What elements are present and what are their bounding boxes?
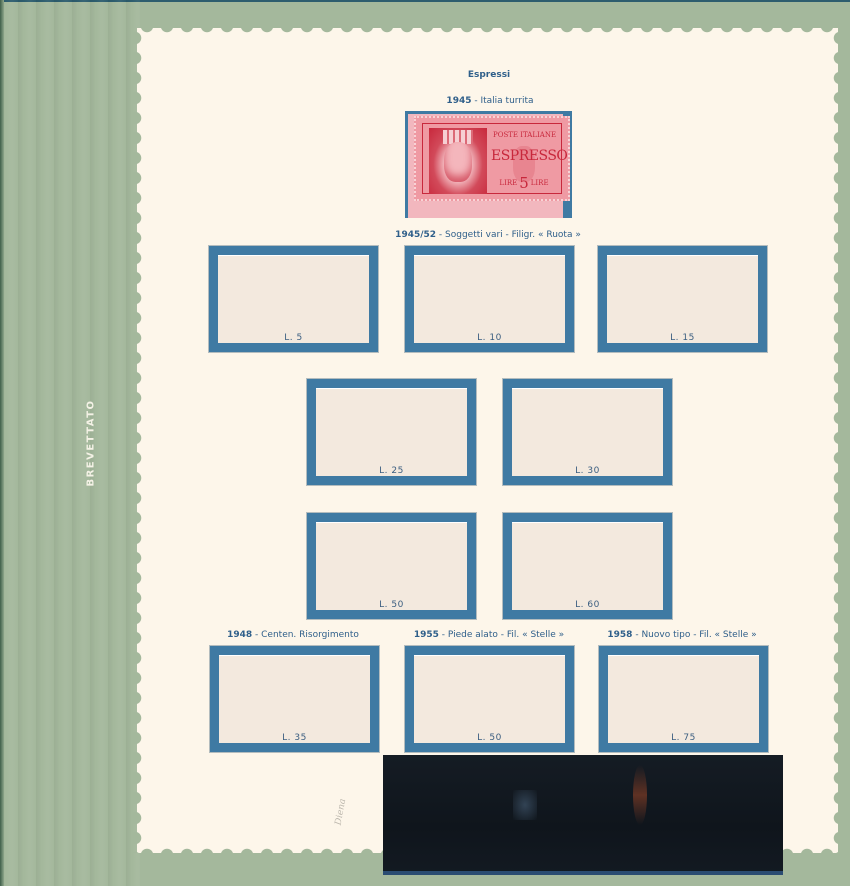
mount-value-label: L. 15	[598, 333, 767, 343]
italia-turrita-portrait-icon	[429, 128, 487, 194]
stamp-mount[interactable]: L. 30	[503, 379, 672, 485]
stamp-frame: POSTE ITALIANE ESPRESSO LIRE5LIRE	[422, 123, 562, 194]
stamp-value: 5	[519, 174, 529, 192]
currency-right: LIRE	[531, 179, 549, 187]
section-description: - Nuovo tipo - Fil. « Stelle »	[635, 630, 756, 640]
section-heading-1948: 1948 - Centen. Risorgimento	[227, 630, 359, 640]
section-description: - Piede alato - Fil. « Stelle »	[442, 630, 564, 640]
stamp-type: ESPRESSO	[491, 148, 557, 164]
mount-window	[218, 255, 369, 343]
mount-value-label: L. 10	[405, 333, 574, 343]
mount-window	[608, 655, 759, 743]
section-description: - Italia turrita	[474, 96, 533, 106]
section-year: 1958	[607, 630, 632, 640]
stamp-mount[interactable]: L. 75	[599, 646, 768, 752]
face-icon	[444, 142, 472, 182]
stamp-mount[interactable]: L. 35	[210, 646, 379, 752]
perforation-left	[133, 28, 145, 853]
section-year: 1955	[414, 630, 439, 640]
section-heading-1955: 1955 - Piede alato - Fil. « Stelle »	[414, 630, 564, 640]
section-year: 1945/52	[395, 230, 436, 240]
section-heading-1945-52: 1945/52 - Soggetti vari - Filigr. « Ruot…	[395, 230, 581, 240]
mount-value-label: L. 50	[307, 600, 476, 610]
perforation-top	[137, 24, 838, 36]
protective-strip	[383, 755, 783, 875]
section-year: 1945	[446, 96, 471, 106]
stamp-espresso-5-lire[interactable]: POSTE ITALIANE ESPRESSO LIRE5LIRE	[414, 116, 570, 201]
section-description: - Centen. Risorgimento	[255, 630, 359, 640]
mount-value-label: L. 5	[209, 333, 378, 343]
mount-window	[512, 388, 663, 476]
section-heading-1945: 1945 - Italia turrita	[446, 96, 533, 106]
stamp-mount[interactable]: L. 5	[209, 246, 378, 352]
mount-window	[316, 388, 467, 476]
mount-value-label: L. 75	[599, 733, 768, 743]
binding-edge	[0, 0, 4, 886]
currency-left: LIRE	[499, 179, 517, 187]
stamp-mount[interactable]: L. 50	[405, 646, 574, 752]
stamp-issuer: POSTE ITALIANE	[493, 131, 555, 139]
mount-value-label: L. 30	[503, 466, 672, 476]
perforation-right	[830, 28, 842, 853]
stamp-mount[interactable]: L. 50	[307, 513, 476, 619]
mount-window	[414, 655, 565, 743]
page-title: Espressi	[468, 70, 510, 80]
section-description: - Soggetti vari - Filigr. « Ruota »	[439, 230, 581, 240]
mount-value-label: L. 25	[307, 466, 476, 476]
mount-window	[512, 522, 663, 610]
stamp-mount[interactable]: L. 60	[503, 513, 672, 619]
mount-value-label: L. 60	[503, 600, 672, 610]
mount-window	[414, 255, 565, 343]
mount-window	[316, 522, 467, 610]
mount-value-label: L. 35	[210, 733, 379, 743]
mount-value-label: L. 50	[405, 733, 574, 743]
strip-reflection	[513, 790, 537, 820]
side-label: BREVETTATO	[86, 399, 97, 486]
mount-window	[607, 255, 758, 343]
strip-glare	[633, 765, 647, 825]
mount-window	[219, 655, 370, 743]
binding-stripes	[0, 0, 140, 886]
stamp-denomination: LIRE5LIRE	[491, 174, 557, 192]
section-heading-1958: 1958 - Nuovo tipo - Fil. « Stelle »	[607, 630, 756, 640]
stamp-mount[interactable]: L. 15	[598, 246, 767, 352]
stamp-mount[interactable]: L. 10	[405, 246, 574, 352]
section-year: 1948	[227, 630, 252, 640]
stamp-mount[interactable]: L. 25	[307, 379, 476, 485]
